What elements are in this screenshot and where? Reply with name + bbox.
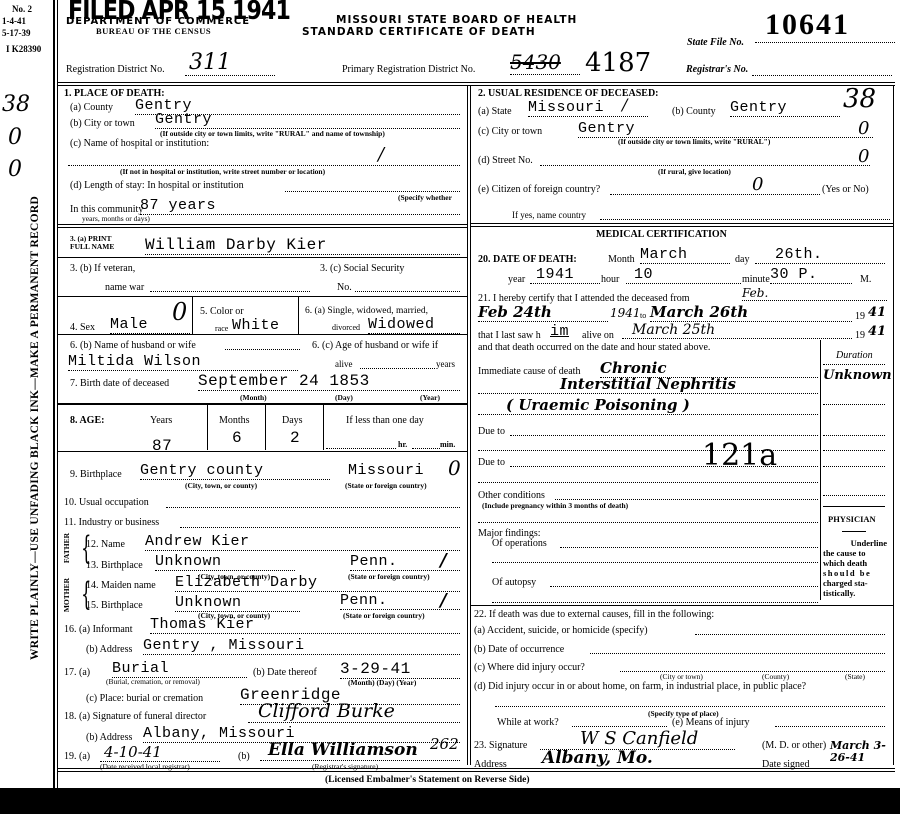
sex-code: 0 bbox=[172, 298, 187, 326]
hour-label: hour bbox=[601, 274, 619, 285]
war-label: name war bbox=[105, 282, 144, 293]
primary-reg-number: 5430 bbox=[510, 50, 580, 75]
attended-from-year: 1941 bbox=[610, 306, 641, 320]
res-city-note: (If outside city or town limits, write "… bbox=[618, 137, 770, 146]
column-divider bbox=[470, 85, 471, 765]
last-saw-him: im bbox=[550, 323, 569, 340]
residence-heading: 2. USUAL RESIDENCE OF DECEASED: bbox=[478, 88, 659, 99]
year-label: year bbox=[508, 274, 525, 285]
form-codes: No. 2 1-4-41 5-17-39 I K28390 bbox=[6, 3, 41, 55]
duration-line bbox=[823, 404, 885, 405]
hr-label: hr. bbox=[398, 440, 407, 449]
divider bbox=[298, 296, 299, 334]
informant-label: 16. (a) Informant bbox=[64, 624, 133, 635]
informant-address: Gentry , Missouri bbox=[143, 637, 460, 655]
form-code: 5-17-39 bbox=[2, 27, 41, 39]
death-hour: 10 bbox=[626, 266, 741, 284]
external-heading: 22. If death was due to external causes,… bbox=[474, 609, 714, 620]
external-c-county-note: (County) bbox=[762, 672, 789, 681]
last-saw-year: 41 bbox=[868, 324, 886, 339]
res-county-label: (b) County bbox=[672, 106, 716, 117]
operations-label: Of operations bbox=[492, 538, 547, 549]
received-label: 19. (a) bbox=[64, 751, 90, 762]
due-to-field bbox=[510, 435, 818, 436]
minutes-field bbox=[412, 448, 440, 449]
birth-date: September 24 1853 bbox=[198, 372, 460, 391]
county-label: (a) County bbox=[70, 102, 113, 113]
years-label: years bbox=[436, 359, 455, 369]
frame-line bbox=[53, 0, 55, 788]
death-city: Gentry bbox=[155, 111, 460, 129]
date-signed: March 3-26-41 bbox=[830, 740, 890, 764]
occupation-field bbox=[166, 507, 460, 508]
burial-type: Burial bbox=[112, 660, 247, 678]
city-note: (If outside city or town limits, write "… bbox=[160, 129, 385, 138]
res-street-note: (If rural, give location) bbox=[658, 167, 731, 176]
spouse-label-line bbox=[225, 349, 300, 350]
res-code-mark: 38 bbox=[843, 84, 876, 114]
instruction-line: charged sta- bbox=[823, 578, 887, 588]
divider bbox=[57, 227, 467, 228]
age-days: 2 bbox=[290, 429, 300, 447]
duration-label: Duration bbox=[836, 350, 873, 361]
duration-line bbox=[823, 435, 885, 436]
divider bbox=[823, 506, 885, 507]
duration-line bbox=[823, 450, 885, 451]
alive-on-label: alive on bbox=[582, 330, 614, 341]
citizen-field bbox=[610, 194, 820, 195]
registrar-no-field bbox=[752, 75, 892, 76]
father-birth-city: Unknown bbox=[155, 553, 295, 571]
external-a-label: (a) Accident, suicide, or homicide (spec… bbox=[474, 625, 648, 636]
duration-value: Unknown bbox=[823, 368, 892, 383]
res-city-label: (c) City or town bbox=[478, 126, 542, 137]
age-months-label: Months bbox=[219, 415, 250, 426]
registrar-mark: 262 bbox=[430, 735, 459, 753]
form-code: No. 2 bbox=[6, 3, 41, 15]
physician-box-divider bbox=[820, 510, 821, 600]
state-file-label: State File No. bbox=[687, 37, 744, 48]
res-state-mark: / bbox=[622, 95, 627, 114]
race-label: 5. Color or bbox=[200, 306, 244, 317]
city-label: (b) City or town bbox=[70, 118, 135, 129]
external-d-field bbox=[495, 706, 885, 707]
occurred-statement: and that death occurred on the date and … bbox=[478, 342, 710, 353]
means-field bbox=[775, 726, 885, 727]
instruction-line: tistically. bbox=[823, 588, 887, 598]
father-birthplace-label: 13. Birthplace bbox=[86, 560, 143, 571]
frame-line bbox=[893, 85, 894, 765]
birthplace-city: Gentry county bbox=[140, 462, 330, 480]
death-minute: 30 P. bbox=[770, 266, 852, 284]
due-to-2-label: Due to bbox=[478, 457, 505, 468]
ss-label: 3. (c) Social Security bbox=[320, 263, 404, 274]
physician-signature: W S Canfield bbox=[540, 728, 735, 750]
operations-field bbox=[560, 547, 818, 548]
page-title: STANDARD CERTIFICATE OF DEATH bbox=[302, 26, 536, 38]
citizen-label: (e) Citizen of foreign country? bbox=[478, 184, 600, 195]
death-date-label: 20. DATE OF DEATH: bbox=[478, 254, 577, 265]
registrar-sig-note: (Registrar's signature) bbox=[312, 762, 378, 771]
attended-to-year: 41 bbox=[868, 305, 886, 320]
last-saw-year-prefix: 19 bbox=[855, 330, 865, 341]
external-b-field bbox=[590, 653, 885, 654]
community-note: years, months or days) bbox=[82, 214, 150, 223]
father-name: Andrew Kier bbox=[145, 533, 460, 551]
external-c-label: (c) Where did injury occur? bbox=[474, 662, 585, 673]
death-month: March bbox=[640, 246, 730, 264]
autopsy-field-2 bbox=[492, 602, 818, 603]
mother-side-label: MOTHER bbox=[62, 578, 71, 612]
primary-reg-label: Primary Registration District No. bbox=[342, 64, 475, 75]
divider bbox=[57, 82, 895, 83]
reg-district-label: Registration District No. bbox=[66, 64, 165, 75]
other-conditions-note: (Include pregnancy within 3 months of de… bbox=[482, 501, 628, 510]
margin-mark: 0 bbox=[8, 157, 22, 182]
margin-mark: 0 bbox=[8, 125, 22, 150]
informant-name: Thomas Kier bbox=[150, 616, 460, 634]
burial-type-note: (Burial, cremation, or removal) bbox=[106, 677, 200, 686]
race-label-2: race bbox=[215, 324, 228, 333]
industry-label: 11. Industry or business bbox=[64, 517, 159, 528]
autopsy-label: Of autopsy bbox=[492, 577, 536, 588]
md-label: (M. D. or other) bbox=[762, 740, 826, 751]
ss-no-label: No. bbox=[337, 282, 352, 293]
name-label: 3. (a) PRINT FULL NAME bbox=[70, 235, 114, 251]
hospital-note: (If not in hospital or institution, writ… bbox=[120, 167, 325, 176]
external-c-state-note: (State) bbox=[845, 672, 865, 681]
mother-birth-city: Unknown bbox=[175, 594, 300, 612]
informant-address-label: (b) Address bbox=[86, 644, 132, 655]
last-saw-date: March 25th bbox=[622, 322, 852, 339]
divider bbox=[57, 257, 467, 258]
res-county: Gentry bbox=[730, 99, 840, 117]
due-to-2-field-2 bbox=[478, 482, 818, 483]
divider bbox=[57, 771, 895, 772]
spouse-label: 6. (b) Name of husband or wife bbox=[70, 340, 196, 351]
external-c-city-note: (City or town) bbox=[660, 672, 703, 681]
ink-instruction: WRITE PLAINLY—USE UNFADING BLACK INK—MAK… bbox=[29, 100, 41, 660]
burial-place-label: (c) Place: burial or cremation bbox=[86, 693, 203, 704]
divider bbox=[470, 605, 893, 606]
marital-label-2: divorced bbox=[332, 323, 360, 332]
physician-title: PHYSICIAN bbox=[828, 514, 876, 524]
res-street-mark: 0 bbox=[858, 146, 869, 167]
divider bbox=[57, 224, 467, 225]
state-file-number: 10641 bbox=[755, 8, 895, 43]
external-d-label: (d) Did injury occur in or about home, o… bbox=[474, 681, 806, 692]
birth-year-note: (Year) bbox=[420, 393, 440, 402]
birthplace-state: Missouri bbox=[348, 462, 424, 479]
father-birth-mark: / bbox=[440, 550, 447, 571]
divider bbox=[207, 405, 208, 450]
operations-field-2 bbox=[492, 562, 818, 563]
mother-name-label: 14. Maiden name bbox=[86, 580, 156, 591]
age-months: 6 bbox=[232, 429, 242, 447]
sex-label: 4. Sex bbox=[70, 322, 95, 333]
age-label: 8. AGE: bbox=[70, 415, 104, 426]
footer-note: (Licensed Embalmer's Statement on Revers… bbox=[325, 775, 529, 785]
res-state: Missouri bbox=[528, 99, 648, 117]
other-conditions-field bbox=[555, 499, 818, 500]
divider bbox=[57, 334, 467, 335]
duration-line bbox=[823, 466, 885, 467]
other-conditions-label: Other conditions bbox=[478, 490, 545, 501]
form-code: 1-4-41 bbox=[2, 15, 41, 27]
cause-code-mark: 121a bbox=[702, 438, 777, 473]
age-years-label: Years bbox=[150, 415, 172, 426]
death-day: 26th. bbox=[755, 246, 885, 264]
community-length: 87 years bbox=[140, 197, 460, 215]
at-work-label: While at work? bbox=[497, 717, 559, 728]
registrar-sig-label: (b) bbox=[238, 751, 250, 762]
duration-line bbox=[823, 364, 885, 365]
received-note: (Date received local registrar) bbox=[100, 762, 190, 771]
marital-label: 6. (a) Single, widowed, married, bbox=[305, 306, 428, 316]
birthplace-state-note: (State or foreign country) bbox=[345, 481, 427, 490]
duration-line bbox=[823, 495, 885, 496]
reg-district-number: 311 bbox=[185, 50, 275, 76]
physician-instructions: Underline the cause to which death shoul… bbox=[823, 538, 887, 598]
findings-line bbox=[478, 522, 818, 523]
divider bbox=[470, 223, 893, 224]
country-label: If yes, name country bbox=[512, 210, 586, 220]
stay-field bbox=[285, 191, 460, 192]
mother-name: Elizabeth Darby bbox=[175, 574, 460, 592]
margin-mark: 38 bbox=[2, 92, 30, 117]
death-year: 1941 bbox=[530, 266, 600, 284]
minute-label: minute bbox=[742, 274, 770, 285]
ss-field bbox=[355, 291, 460, 292]
mother-birthplace-label: 15. Birthplace bbox=[86, 600, 143, 611]
to-year-prefix: 19 bbox=[855, 311, 865, 322]
age-years: 87 bbox=[152, 437, 172, 455]
board-name: MISSOURI STATE BOARD OF HEALTH bbox=[336, 14, 577, 26]
duration-divider bbox=[820, 340, 821, 510]
citizen-note: (Yes or No) bbox=[822, 184, 869, 195]
birth-month-note: (Month) bbox=[240, 393, 267, 402]
due-to-label: Due to bbox=[478, 426, 505, 437]
res-city: Gentry bbox=[578, 120, 873, 138]
min-label: min. bbox=[440, 440, 455, 449]
occupation-label: 10. Usual occupation bbox=[64, 497, 149, 508]
divider bbox=[323, 405, 324, 450]
burial-date-label: (b) Date thereof bbox=[253, 667, 317, 678]
citizen-value: 0 bbox=[752, 174, 763, 195]
physician-address: Albany, Mo. bbox=[512, 748, 742, 769]
month-label: Month bbox=[608, 254, 635, 265]
means-label: (e) Means of injury bbox=[672, 717, 749, 728]
attended-from-pre: Feb. bbox=[742, 286, 887, 301]
director-address-label: (b) Address bbox=[86, 732, 132, 743]
country-field bbox=[600, 219, 890, 220]
spouse-age-label: 6. (c) Age of husband or wife if bbox=[312, 340, 438, 351]
day-label: day bbox=[735, 254, 749, 265]
veteran-label: 3. (b) If veteran, bbox=[70, 263, 135, 274]
res-street-label: (d) Street No. bbox=[478, 155, 533, 166]
father-name-label: 12. Name bbox=[86, 539, 125, 550]
full-name: William Darby Kier bbox=[145, 236, 460, 255]
at-work-field bbox=[572, 726, 667, 727]
divider bbox=[265, 405, 266, 450]
immediate-cause-2: Interstitial Nephritis bbox=[478, 375, 818, 394]
bureau: BUREAU OF THE CENSUS bbox=[96, 26, 211, 36]
primary-reg-corrected: 4187 bbox=[585, 48, 651, 78]
registrar-no-label: Registrar's No. bbox=[686, 64, 748, 75]
less-than-day-label: If less than one day bbox=[346, 415, 424, 426]
divider bbox=[57, 296, 467, 297]
external-a-field bbox=[695, 634, 885, 635]
birthplace-city-note: (City, town, or county) bbox=[185, 481, 257, 490]
divider bbox=[57, 85, 895, 86]
form-code: I K28390 bbox=[6, 43, 41, 55]
birthplace-label: 9. Birthplace bbox=[70, 469, 122, 480]
medical-heading: MEDICAL CERTIFICATION bbox=[596, 229, 727, 240]
divider bbox=[842, 531, 866, 532]
instruction-line: which death bbox=[823, 558, 887, 568]
hours-field bbox=[326, 448, 396, 449]
war-field bbox=[150, 291, 310, 292]
autopsy-field bbox=[550, 586, 818, 587]
divider bbox=[57, 451, 467, 452]
director-signature: Clifford Burke bbox=[248, 700, 460, 723]
last-saw-label: that I last saw h bbox=[478, 330, 541, 341]
burial-type-label: 17. (a) bbox=[64, 667, 90, 678]
mother-birth-mark: / bbox=[440, 590, 447, 611]
immediate-cause-3: ( Uraemic Poisoning ) bbox=[478, 396, 818, 415]
received-date: 4-10-41 bbox=[100, 743, 220, 762]
marital-value: Widowed bbox=[368, 316, 460, 334]
divider bbox=[192, 296, 193, 334]
death-certificate: No. 2 1-4-41 5-17-39 I K28390 38 0 0 WRI… bbox=[0, 0, 900, 788]
alive-label: alive bbox=[335, 359, 353, 369]
director-label: 18. (a) Signature of funeral director bbox=[64, 711, 206, 722]
divider bbox=[470, 226, 893, 227]
external-b-label: (b) Date of occurrence bbox=[474, 644, 564, 655]
father-side-label: FATHER bbox=[62, 533, 71, 563]
stay-label: (d) Length of stay: In hospital or insti… bbox=[70, 180, 244, 191]
age-days-label: Days bbox=[282, 415, 303, 426]
spouse-name: Miltida Wilson bbox=[68, 353, 298, 371]
divider bbox=[57, 403, 467, 405]
attended-to: March 26th bbox=[650, 303, 852, 322]
res-street-field bbox=[540, 165, 870, 166]
instruction-line: the cause to bbox=[823, 548, 887, 558]
instruction-line: Underline bbox=[823, 538, 887, 548]
burial-date: 3-29-41 bbox=[340, 660, 460, 679]
name-label-line: FULL NAME bbox=[70, 243, 114, 251]
m-label: M. bbox=[860, 274, 871, 285]
birth-label: 7. Birth date of deceased bbox=[70, 378, 169, 389]
birthplace-code: 0 bbox=[448, 456, 461, 480]
race-value: White bbox=[232, 317, 294, 335]
to-label: to bbox=[640, 311, 646, 320]
instruction-line: should be bbox=[823, 568, 887, 578]
hospital-name: / bbox=[68, 144, 460, 166]
res-state-label: (a) State bbox=[478, 106, 512, 117]
attended-from: Feb 24th bbox=[478, 303, 608, 322]
birth-day-note: (Day) bbox=[335, 393, 353, 402]
frame-line bbox=[57, 0, 58, 788]
res-city-mark: 0 bbox=[858, 118, 869, 139]
industry-field bbox=[180, 527, 460, 528]
divider bbox=[57, 768, 895, 769]
spouse-age-field bbox=[360, 368, 435, 369]
column-divider bbox=[467, 85, 468, 765]
